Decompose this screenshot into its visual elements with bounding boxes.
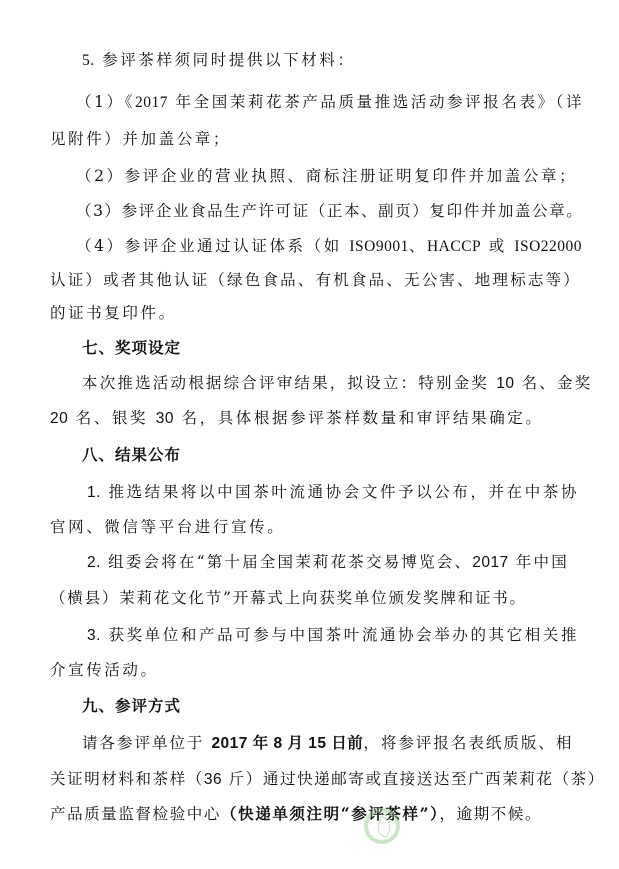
item-5-1-text: 年全国茉莉花茶产品质量推选活动参评报名表》（详	[168, 93, 584, 111]
deadline-date: 2017 年 8 月 15 日前	[211, 735, 363, 752]
section-7-line-1: 本次推选活动根据综合评审结果，拟设立：特别金奖 10 名、金奖	[82, 373, 570, 394]
iso9001-text: ISO9001	[349, 238, 408, 255]
item-5-2: （2）参评企业的营业执照、商标注册证明复印件并加盖公章；	[76, 166, 596, 186]
section-7-text-a: 本次推选活动根据综合评审结果，拟设立：特别金奖	[82, 374, 496, 392]
section-8-item-2-line-2: （横县）茉莉花文化节”开幕式上向获奖单位颁发奖牌和证书。	[50, 588, 570, 608]
section-7-text-c: 名、银奖	[68, 409, 155, 427]
section-8-item-3-line-1: 3. 获奖单位和产品可参与中国茶叶流通协会举办的其它相关推	[87, 625, 570, 646]
item-5-4-line-1: （4）参评企业通过认证体系（如 ISO9001、HACCP 或 ISO22000	[76, 236, 596, 257]
item-5-1-prefix: （1）《	[76, 93, 135, 111]
section-8-heading: 八、结果公布	[82, 445, 602, 465]
item-5-1-year: 2017	[135, 94, 168, 111]
section-7-line-2: 20 名、银奖 30 名，具体根据参评茶样数量和审评结果确定。	[50, 408, 570, 429]
item-number: 3.	[87, 627, 101, 644]
item-5-4-line-2: 认证）或者其他认证（绿色食品、有机食品、无公害、地理标志等）	[50, 270, 570, 290]
section-7-heading: 七、奖项设定	[82, 338, 602, 358]
item-5-1-line-1: （1）《2017 年全国茉莉花茶产品质量推选活动参评报名表》（详	[76, 92, 596, 113]
special-gold-count: 10	[496, 375, 514, 392]
item-5-number: 5.	[82, 52, 95, 69]
section-7-text-d: 名，具体根据参评茶样数量和审评结果确定。	[174, 409, 544, 427]
section-9-text-a: 请各参评单位于	[82, 734, 211, 752]
section-9-text-c: 关证明材料和茶样（	[50, 770, 204, 788]
gold-count: 20	[50, 410, 68, 427]
section-8-item-2-line-1: 2. 组委会将在“第十届全国茉莉花茶交易博览会、2017 年中国	[87, 552, 570, 573]
leaf-icon	[374, 816, 394, 838]
conjunction: 或	[481, 237, 514, 255]
item-5-3: （3）参评企业食品生产许可证（正本、副页）复印件并加盖公章。	[76, 201, 596, 221]
section-9-line-2: 关证明材料和茶样（36 斤）通过快递邮寄或直接送达至广西茉莉花（茶）	[50, 769, 570, 790]
section-7-text-b: 名、金奖	[514, 374, 592, 392]
item-5: 5. 参评茶样须同时提供以下材料：	[82, 50, 570, 71]
section-9-text-f: ，逾期不候。	[440, 805, 543, 823]
document-page: 5. 参评茶样须同时提供以下材料： （1）《2017 年全国茉莉花茶产品质量推选…	[0, 0, 619, 869]
separator: 、	[409, 237, 427, 255]
section-9-line-1: 请各参评单位于 2017 年 8 月 15 日前，将参评报名表纸质版、相	[82, 733, 570, 754]
item-text: 获奖单位和产品可参与中国茶叶流通协会举办的其它相关推	[108, 626, 579, 644]
item-5-1-line-2: 见附件）并加盖公章；	[50, 129, 570, 149]
courier-note: （快递单须注明“参评茶样”）	[221, 804, 439, 823]
item-5-text: 参评茶样须同时提供以下材料：	[102, 51, 355, 69]
section-9-text-d: 斤）通过快递邮寄或直接送达至广西茉莉花（茶）	[222, 770, 605, 788]
silver-count: 30	[156, 410, 174, 427]
section-8-item-3-line-2: 介宣传活动。	[50, 660, 570, 680]
section-9-line-3: 产品质量监督检验中心（快递单须注明“参评茶样”），逾期不候。	[50, 804, 570, 824]
section-9-text-e: 产品质量监督检验中心	[50, 805, 221, 823]
item-text-a: 组委会将在“第十届全国茉莉花茶交易博览会、	[108, 553, 472, 571]
item-text-b: 年中国	[509, 553, 569, 571]
leaf-circle-logo-icon	[364, 808, 400, 844]
section-9-heading: 九、参评方式	[82, 696, 602, 716]
section-8-item-1-line-2: 官网、微信等平台进行宣传。	[50, 517, 570, 537]
item-number: 1.	[87, 484, 101, 501]
iso22000-text: ISO22000	[514, 238, 582, 255]
item-5-4-line-3: 的证书复印件。	[50, 303, 570, 323]
section-9-text-b: ，将参评报名表纸质版、相	[363, 734, 573, 752]
year: 2017	[472, 554, 508, 571]
haccp-text: HACCP	[427, 238, 481, 255]
section-8-item-1-line-1: 1. 推选结果将以中国茶叶流通协会文件予以公布，并在中茶协	[87, 482, 570, 503]
item-text: 推选结果将以中国茶叶流通协会文件予以公布，并在中茶协	[108, 483, 579, 501]
item-5-4-prefix: （4）参评企业通过认证体系（如	[76, 237, 349, 255]
item-number: 2.	[87, 554, 101, 571]
sample-quantity: 36	[204, 771, 222, 788]
